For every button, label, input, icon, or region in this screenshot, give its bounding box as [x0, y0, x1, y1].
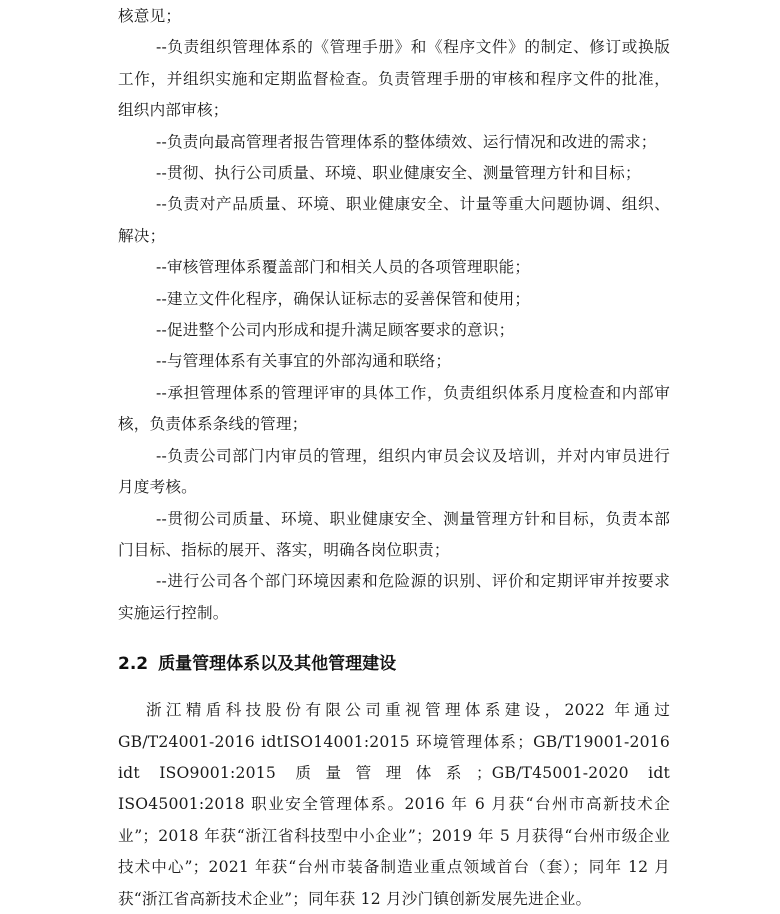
section-quality-management: 浙江精盾科技股份有限公司重视管理体系建设，2022 年通过 GB/T24001-… — [118, 695, 670, 914]
paragraph: --负责组织管理体系的《管理手册》和《程序文件》的制定、修订或换版工作，并组织实… — [118, 32, 670, 126]
paragraph: --贯彻公司质量、环境、职业健康安全、测量管理方针和目标，负责本部门目标、指标的… — [118, 504, 670, 567]
paragraph: --负责公司部门内审员的管理，组织内审员会议及培训，并对内审员进行月度考核。 — [118, 441, 670, 504]
section-heading: 2.2质量管理体系以及其他管理建设 — [118, 652, 670, 676]
document-page: 核意见； --负责组织管理体系的《管理手册》和《程序文件》的制定、修订或换版工作… — [118, 0, 670, 914]
paragraph: --承担管理体系的管理评审的具体工作，负责组织体系月度检查和内部审核，负责体系条… — [118, 378, 670, 441]
paragraph: --负责向最高管理者报告管理体系的整体绩效、运行情况和改进的需求； — [118, 127, 670, 158]
paragraph: --建立文件化程序，确保认证标志的妥善保管和使用； — [118, 284, 670, 315]
paragraph: --与管理体系有关事宜的外部沟通和联络； — [118, 346, 670, 377]
section-number: 2.2 — [118, 654, 148, 674]
paragraph: --贯彻、执行公司质量、环境、职业健康安全、测量管理方针和目标； — [118, 158, 670, 189]
paragraph: --负责对产品质量、环境、职业健康安全、计量等重大问题协调、组织、解决； — [118, 189, 670, 252]
section-responsibilities: 核意见； --负责组织管理体系的《管理手册》和《程序文件》的制定、修订或换版工作… — [118, 1, 670, 629]
paragraph: 核意见； — [118, 1, 670, 32]
paragraph: 浙江精盾科技股份有限公司重视管理体系建设，2022 年通过 GB/T24001-… — [118, 695, 670, 914]
paragraph: --审核管理体系覆盖部门和相关人员的各项管理职能； — [118, 252, 670, 283]
paragraph: --进行公司各个部门环境因素和危险源的识别、评价和定期评审并按要求实施运行控制。 — [118, 566, 670, 629]
section-title: 质量管理体系以及其他管理建设 — [158, 654, 396, 674]
paragraph: --促进整个公司内形成和提升满足顾客要求的意识； — [118, 315, 670, 346]
